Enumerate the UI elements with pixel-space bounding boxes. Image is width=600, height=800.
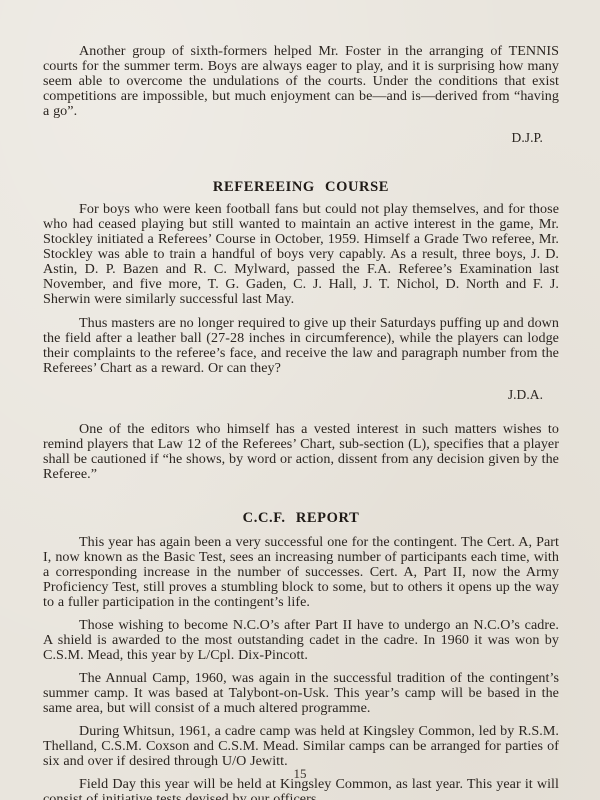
text-column: Another group of sixth-formers helped Mr… bbox=[43, 40, 559, 800]
refereeing-paragraph-2: Thus masters are no longer required to g… bbox=[43, 316, 559, 376]
ccf-paragraph-2: Those wishing to become N.C.O’s after Pa… bbox=[43, 618, 559, 663]
ccf-section: C.C.F. REPORT This year has again been a… bbox=[43, 510, 559, 800]
document-page: Another group of sixth-formers helped Mr… bbox=[0, 0, 600, 800]
tennis-paragraph: Another group of sixth-formers helped Mr… bbox=[43, 44, 559, 119]
tennis-signature: D.J.P. bbox=[43, 130, 559, 145]
tennis-section: Another group of sixth-formers helped Mr… bbox=[43, 44, 559, 145]
ccf-paragraph-4: During Whitsun, 1961, a cadre camp was h… bbox=[43, 724, 559, 769]
refereeing-paragraph-1: For boys who were keen football fans but… bbox=[43, 202, 559, 307]
refereeing-section: REFEREEING COURSE For boys who were keen… bbox=[43, 179, 559, 482]
refereeing-paragraph-3: One of the editors who himself has a ves… bbox=[43, 422, 559, 482]
ccf-heading: C.C.F. REPORT bbox=[43, 510, 559, 527]
ccf-paragraph-1: This year has again been a very successf… bbox=[43, 535, 559, 610]
page-number: 15 bbox=[0, 766, 600, 782]
refereeing-heading: REFEREEING COURSE bbox=[43, 179, 559, 196]
ccf-paragraph-3: The Annual Camp, 1960, was again in the … bbox=[43, 671, 559, 716]
refereeing-signature: J.D.A. bbox=[43, 387, 559, 402]
